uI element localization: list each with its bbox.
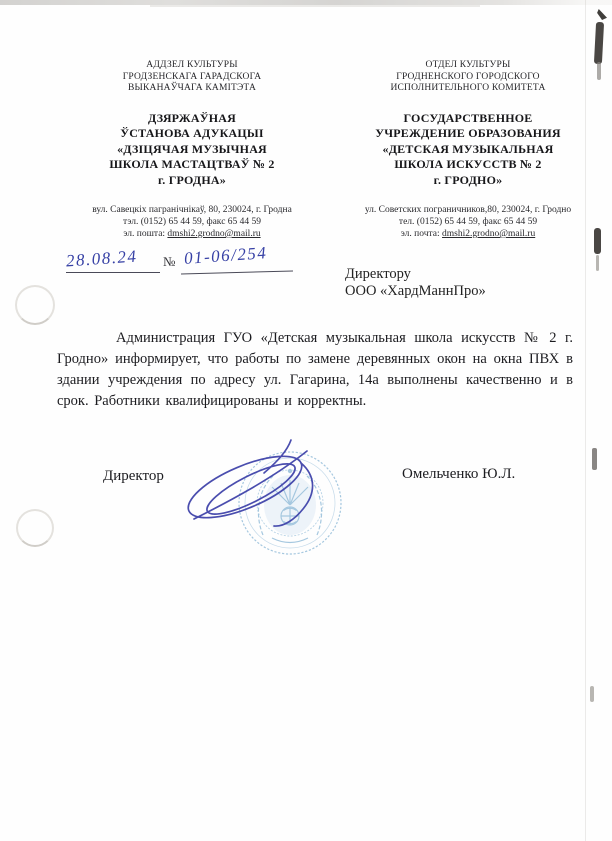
org-line: г. ГРОДНО» [324,173,612,189]
organization-name-ru: ГОСУДАРСТВЕННОЕ УЧРЕЖДЕНИЕ ОБРАЗОВАНИЯ «… [324,111,612,189]
scan-edge-top-light [150,5,480,7]
email-line: эл. пошта: dmshi2.grodno@mail.ru [48,228,336,240]
signature-name: Омельченко Ю.Л. [402,466,515,483]
scan-corner-mark [596,9,607,20]
official-stamp-icon [239,452,341,554]
stamp-and-signature [160,430,370,580]
address-by: вул. Савецкіх пагранічнікаў, 80, 230024,… [48,204,336,240]
email-label: эл. пошта: [123,229,167,239]
org-line: ЎСТАНОВА АДУКАЦЫІ [48,126,336,142]
dept-line: ВЫКАНАЎЧАГА КАМІТЭТА [48,83,336,95]
date-underline [66,272,160,273]
scanned-letter-page: АДДЗЕЛ КУЛЬТУРЫ ГРОДЗЕНСКАГА ГАРАДСКОГА … [0,0,612,841]
phone-line: тэл. (0152) 65 44 59, факс 65 44 59 [48,216,336,228]
scan-right-mark-3 [592,448,597,470]
dept-line: ГРОДНЕНСКОГО ГОРОДСКОГО [324,72,612,84]
document-number-handwritten: 01-06/254 [183,243,268,269]
email-line: эл. почта: dmshi2.grodno@mail.ru [324,228,612,240]
scan-right-mark-1 [594,22,604,64]
reference-line: 28.08.24 № 01-06/254 [0,243,612,283]
org-line: ДЗЯРЖАЎНАЯ [48,111,336,127]
number-sign: № [163,254,175,270]
dept-line: ИСПОЛНИТЕЛЬНОГО КОМИТЕТА [324,83,612,95]
org-line: ШКОЛА МАСТАЦТВАЎ № 2 [48,157,336,173]
phone-line: тел. (0152) 65 44 59, факс 65 44 59 [324,216,612,228]
scan-right-mark-4 [590,686,594,702]
org-line: УЧРЕЖДЕНИЕ ОБРАЗОВАНИЯ [324,126,612,142]
recipient-block: Директору ООО «ХардМаннПро» [345,266,486,299]
org-line: «ДЗІЦЯЧАЯ МУЗЫЧНАЯ [48,142,336,158]
email-label: эл. почта: [401,229,442,239]
email-address: dmshi2.grodno@mail.ru [442,229,535,239]
address-line: вул. Савецкіх пагранічнікаў, 80, 230024,… [48,204,336,216]
org-line: ГОСУДАРСТВЕННОЕ [324,111,612,127]
organization-name-by: ДЗЯРЖАЎНАЯ ЎСТАНОВА АДУКАЦЫІ «ДЗІЦЯЧАЯ М… [48,111,336,189]
email-address: dmshi2.grodno@mail.ru [167,229,260,239]
recipient-title: Директору [345,266,486,283]
letterhead-left: АДДЗЕЛ КУЛЬТУРЫ ГРОДЗЕНСКАГА ГАРАДСКОГА … [48,60,336,240]
body-paragraph: Администрация ГУО «Детская музыкальная ш… [57,328,573,412]
department-name-ru: ОТДЕЛ КУЛЬТУРЫ ГРОДНЕНСКОГО ГОРОДСКОГО И… [324,60,612,95]
dept-line: ОТДЕЛ КУЛЬТУРЫ [324,60,612,72]
punch-hole-top [15,285,55,325]
recipient-company: ООО «ХардМаннПро» [345,283,486,300]
org-line: «ДЕТСКАЯ МУЗЫКАЛЬНАЯ [324,142,612,158]
address-ru: ул. Советских пограничников,80, 230024, … [324,204,612,240]
org-line: г. ГРОДНА» [48,173,336,189]
punch-hole-bottom [16,509,54,547]
dept-line: ГРОДЗЕНСКАГА ГАРАДСКОГА [48,72,336,84]
department-name-by: АДДЗЕЛ КУЛЬТУРЫ ГРОДЗЕНСКАГА ГАРАДСКОГА … [48,60,336,95]
date-handwritten: 28.08.24 [65,247,138,272]
address-line: ул. Советских пограничников,80, 230024, … [324,204,612,216]
letter-body: Администрация ГУО «Детская музыкальная ш… [57,328,573,412]
letterhead-right: ОТДЕЛ КУЛЬТУРЫ ГРОДНЕНСКОГО ГОРОДСКОГО И… [324,60,612,240]
number-underline [181,271,293,275]
org-line: ШКОЛА ИСКУССТВ № 2 [324,157,612,173]
signature-title: Директор [103,468,164,485]
dept-line: АДДЗЕЛ КУЛЬТУРЫ [48,60,336,72]
